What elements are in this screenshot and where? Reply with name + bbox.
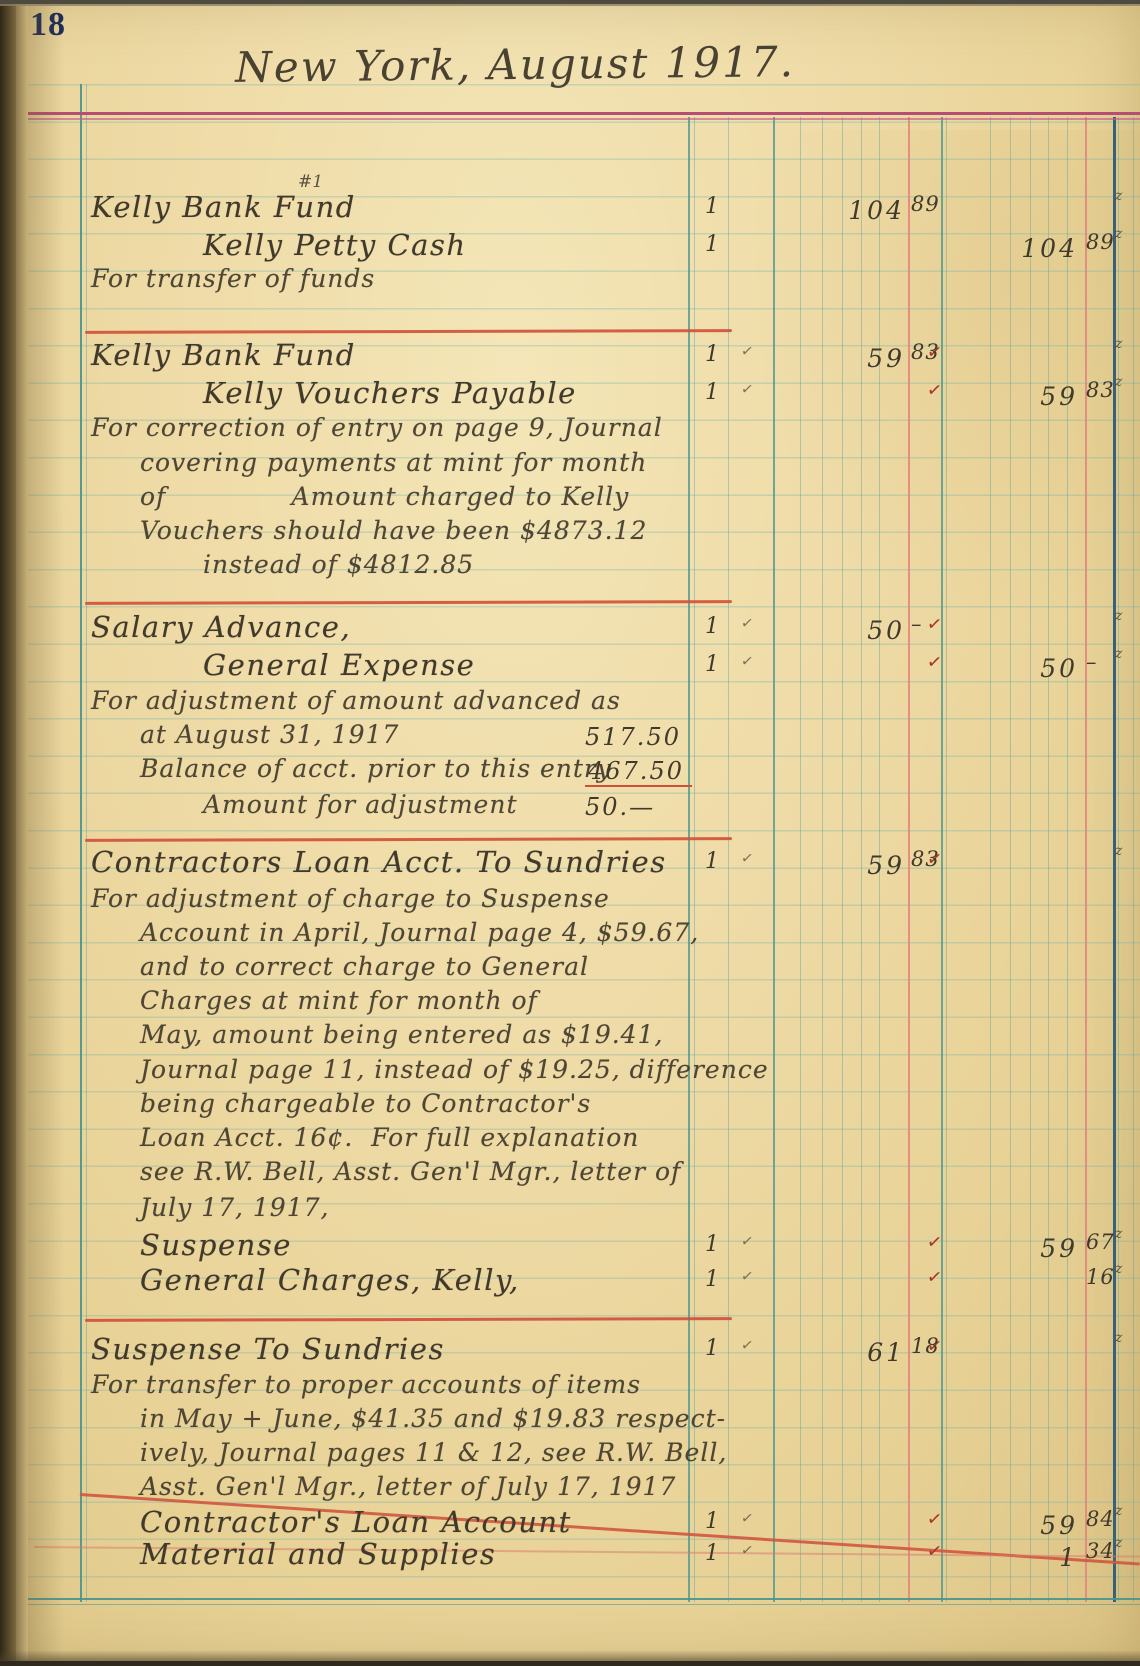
line-description: Account in April, Journal page 4, $59.67… — [140, 918, 699, 947]
journal-line: Amount for adjustment50.— — [0, 790, 1140, 834]
folio-number: 1 — [701, 652, 723, 677]
line-description: For correction of entry on page 9, Journ… — [91, 413, 663, 442]
account-name: Kelly Vouchers Payable — [203, 376, 577, 410]
account-name: Contractor's Loan Account — [140, 1505, 572, 1539]
posting-tick-icon: ✓ — [740, 651, 755, 671]
binding-edge — [0, 0, 16, 1666]
line-description: Vouchers should have been $4873.12 — [140, 516, 647, 545]
scan-top-edge-light — [0, 4, 1140, 6]
credit-cents: 16 — [1086, 1265, 1115, 1289]
line-description: For transfer to proper accounts of items — [91, 1370, 641, 1399]
bottom-rule — [26, 1598, 1140, 1600]
credit-dollars: 50 — [948, 654, 1078, 683]
audit-check-icon: ✓ — [926, 613, 944, 636]
binding-shadow — [28, 0, 64, 1666]
journal-page: 18 New York, August 1917. Kelly Bank Fun… — [0, 0, 1140, 1666]
page-heading: New York, August 1917. — [215, 37, 815, 92]
journal-line: Material and Supplies1✓✓134z — [0, 1537, 1140, 1581]
posting-tick-icon: ✓ — [740, 379, 755, 399]
inline-amount: 50.— — [585, 793, 655, 821]
account-name: Kelly Bank Fund — [91, 190, 356, 224]
debit-cents: 83 — [911, 847, 940, 871]
line-description: Loan Acct. 16¢. For full explanation — [140, 1123, 639, 1152]
debit-cents: 18 — [911, 1334, 940, 1358]
posting-tick-icon: ✓ — [740, 1540, 755, 1560]
posting-mark: z — [1115, 646, 1122, 662]
account-name: General Expense — [203, 648, 475, 682]
header-rule — [6, 112, 1140, 115]
line-description: Charges at mint for month of — [140, 986, 538, 1015]
folio-number: 1 — [701, 194, 723, 219]
posting-tick-icon: ✓ — [740, 1508, 755, 1528]
account-name: Kelly Petty Cash — [203, 228, 467, 262]
folio-number: 1 — [701, 1509, 723, 1534]
credit-cents: 89 — [1086, 230, 1115, 254]
posting-mark: z — [1115, 1330, 1122, 1346]
debit-cents: 89 — [911, 192, 940, 216]
line-description: of Amount charged to Kelly — [140, 482, 629, 511]
credit-cents: 34 — [1086, 1539, 1115, 1563]
inline-amount: 467.50 — [585, 757, 692, 787]
line-description: and to correct charge to General — [140, 952, 589, 981]
debit-dollars: 104 — [762, 196, 905, 225]
posting-mark: z — [1115, 226, 1122, 242]
line-description: May, amount being entered as $19.41, — [140, 1020, 663, 1049]
posting-mark: z — [1115, 336, 1122, 352]
posting-mark: z — [1115, 188, 1122, 204]
account-name: Salary Advance, — [91, 610, 351, 644]
bottom-rule-secondary — [26, 1604, 1140, 1605]
journal-line: Contractors Loan Acct. To Sundries1✓✓598… — [0, 845, 1140, 889]
line-description: For transfer of funds — [91, 264, 375, 293]
line-description: Balance of acct. prior to this entry — [140, 754, 612, 783]
account-name: General Charges, Kelly, — [140, 1263, 520, 1297]
line-description: For adjustment of amount advanced as — [91, 686, 621, 715]
credit-dollars: 59 — [948, 382, 1078, 411]
account-name: Material and Supplies — [140, 1537, 496, 1571]
line-description: at August 31, 1917 — [140, 720, 399, 749]
debit-dollars: 50 — [762, 616, 905, 645]
credit-cents: 67 — [1086, 1230, 1115, 1254]
audit-check-icon: ✓ — [926, 1508, 944, 1531]
header-rule-secondary — [6, 118, 1140, 120]
posting-mark: z — [1115, 1226, 1122, 1242]
line-description: being chargeable to Contractor's — [140, 1089, 591, 1118]
folio-number: 1 — [701, 1267, 723, 1292]
posting-tick-icon: ✓ — [740, 1231, 755, 1251]
posting-tick-icon: ✓ — [740, 341, 755, 361]
debit-dollars: 61 — [762, 1338, 905, 1367]
line-description: covering payments at mint for month — [140, 448, 647, 477]
credit-dollars: 1 — [948, 1543, 1078, 1572]
posting-tick-icon: ✓ — [740, 1266, 755, 1286]
account-name: Kelly Bank Fund — [91, 338, 356, 372]
line-description: Asst. Gen'l Mgr., letter of July 17, 191… — [140, 1472, 676, 1501]
inline-amount: 517.50 — [585, 723, 681, 751]
credit-cents: – — [1086, 650, 1098, 674]
posting-mark: z — [1115, 374, 1122, 390]
line-description: For adjustment of charge to Suspense — [91, 884, 610, 913]
folio-number: 1 — [701, 1336, 723, 1361]
folio-number: 1 — [701, 380, 723, 405]
audit-check-icon: ✓ — [926, 1266, 944, 1289]
line-description: Journal page 11, instead of $19.25, diff… — [140, 1055, 769, 1084]
account-name: Suspense — [140, 1228, 292, 1262]
account-name: Suspense To Sundries — [91, 1332, 445, 1366]
journal-line: instead of $4812.85 — [0, 550, 1140, 594]
credit-dollars: 104 — [948, 234, 1078, 263]
credit-cents: 83 — [1086, 378, 1115, 402]
audit-check-icon: ✓ — [926, 379, 944, 402]
debit-cents: 83 — [911, 340, 940, 364]
line-description: Amount for adjustment — [203, 790, 518, 819]
journal-line: For transfer of funds — [0, 264, 1140, 308]
posting-mark: z — [1115, 1535, 1122, 1551]
credit-dollars: 59 — [948, 1511, 1078, 1540]
posting-mark: z — [1115, 843, 1122, 859]
posting-mark: z — [1115, 1503, 1122, 1519]
debit-dollars: 59 — [762, 851, 905, 880]
folio-number: 1 — [701, 1232, 723, 1257]
folio-number: 1 — [701, 232, 723, 257]
line-description: July 17, 1917, — [140, 1193, 329, 1222]
audit-check-icon: ✓ — [926, 1540, 944, 1563]
debit-dollars: 59 — [762, 344, 905, 373]
folio-number: 1 — [701, 342, 723, 367]
line-description: instead of $4812.85 — [203, 550, 474, 579]
posting-tick-icon: ✓ — [740, 613, 755, 633]
folio-number: 1 — [701, 1541, 723, 1566]
posting-mark: z — [1115, 1261, 1122, 1277]
line-description: in May + June, $41.35 and $19.83 respect… — [140, 1404, 726, 1433]
folio-number: 1 — [701, 849, 723, 874]
account-number-superscript: #1 — [298, 172, 323, 192]
line-description: see R.W. Bell, Asst. Gen'l Mgr., letter … — [140, 1157, 681, 1186]
credit-dollars: 59 — [948, 1234, 1078, 1263]
posting-mark: z — [1115, 608, 1122, 624]
audit-check-icon: ✓ — [926, 1231, 944, 1254]
binding-edge-light — [16, 0, 28, 1666]
audit-check-icon: ✓ — [926, 651, 944, 674]
journal-line: General Charges, Kelly,1✓✓16z — [0, 1263, 1140, 1307]
folio-number: 1 — [701, 614, 723, 639]
account-name: Contractors Loan Acct. To Sundries — [91, 845, 667, 879]
posting-tick-icon: ✓ — [740, 1335, 755, 1355]
line-description: ively, Journal pages 11 & 12, see R.W. B… — [140, 1438, 727, 1467]
debit-cents: – — [911, 612, 923, 636]
credit-cents: 84 — [1086, 1507, 1115, 1531]
scan-bottom-edge-dark — [0, 1661, 1140, 1666]
posting-tick-icon: ✓ — [740, 848, 755, 868]
